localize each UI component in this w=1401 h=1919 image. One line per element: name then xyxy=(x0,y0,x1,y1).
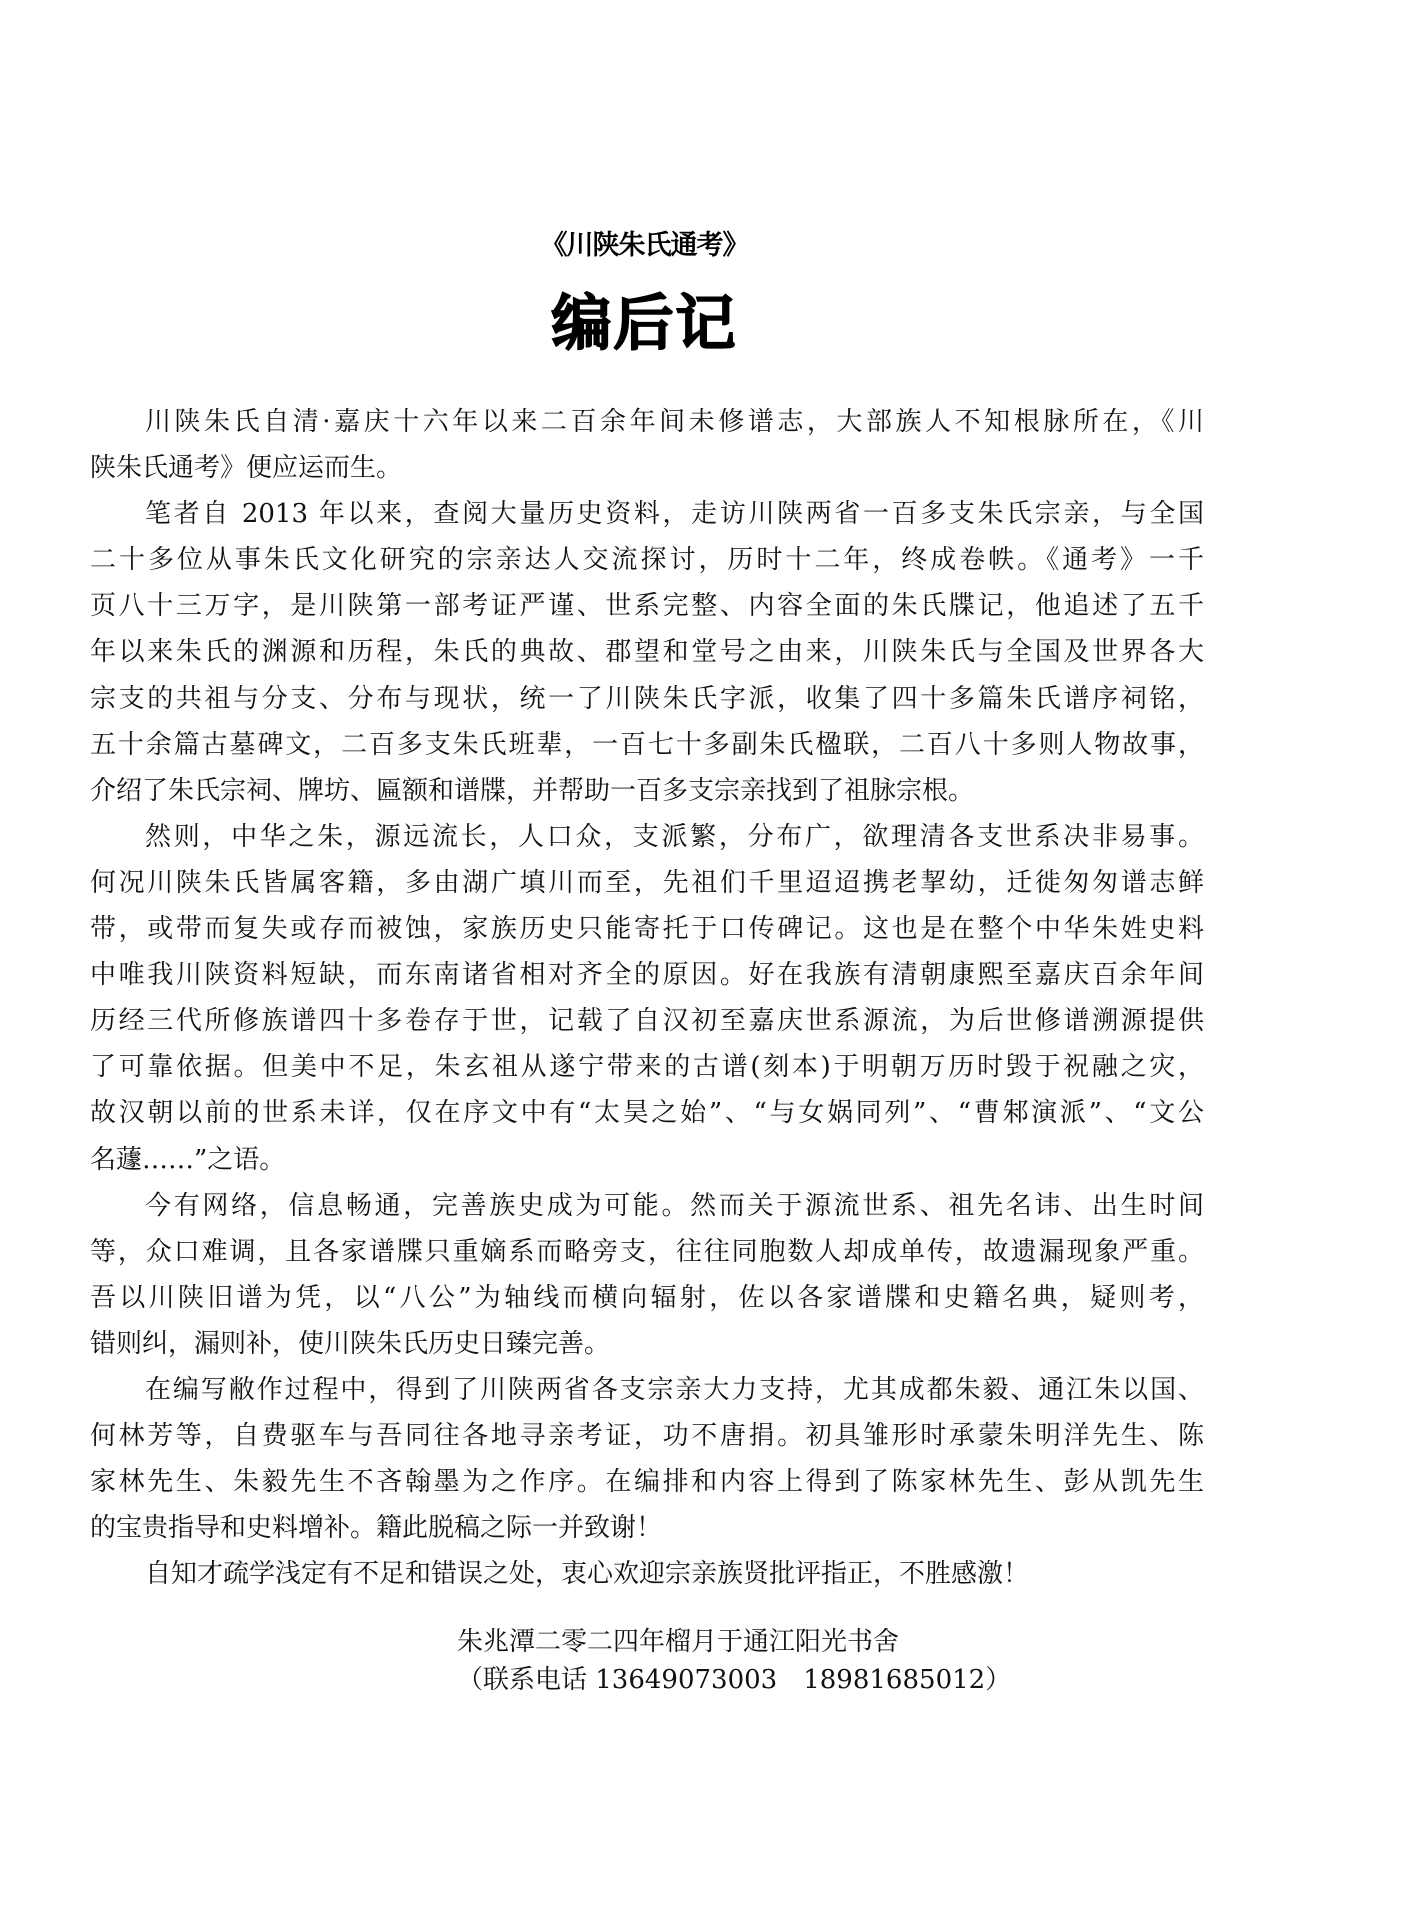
text-line: 介绍了朱氏宗祠、牌坊、匾额和谱牒，并帮助一百多支宗亲找到了祖脉宗根。 xyxy=(90,768,1204,814)
text-line: 在编写敝作过程中，得到了川陕两省各支宗亲大力支持，尤其成都朱毅、通江朱以国、 xyxy=(90,1367,1204,1413)
text-line: 今有网络，信息畅通，完善族史成为可能。然而关于源流世系、祖先名讳、出生时间 xyxy=(90,1183,1204,1229)
paragraph-4: 今有网络，信息畅通，完善族史成为可能。然而关于源流世系、祖先名讳、出生时间 等，… xyxy=(90,1183,1204,1367)
text-line: 带，或带而复失或存而被蚀，家族历史只能寄托于口传碑记。这也是在整个中华朱姓史料 xyxy=(90,906,1204,952)
text-line: 笔者自 2013 年以来，查阅大量历史资料，走访川陕两省一百多支朱氏宗亲，与全国 xyxy=(90,491,1204,537)
text-line: 川陕朱氏自清·嘉庆十六年以来二百余年间未修谱志，大部族人不知根脉所在，《川 xyxy=(90,399,1204,445)
text-line: 家林先生、朱毅先生不吝翰墨为之作序。在编排和内容上得到了陈家林先生、彭从凯先生 xyxy=(90,1459,1204,1505)
signature-author: 朱兆潭二零二四年榴月于通江阳光书舍 xyxy=(457,1622,957,1662)
text-line: 吾以川陕旧谱为凭，以“八公”为轴线而横向辐射，佐以各家谱牒和史籍名典，疑则考， xyxy=(90,1275,1204,1321)
text-line: 名蘧……”之语。 xyxy=(90,1137,1204,1183)
text-line: 的宝贵指导和史料增补。籍此脱稿之际一并致谢！ xyxy=(90,1505,1204,1551)
text-line: 错则纠，漏则补，使川陕朱氏历史日臻完善。 xyxy=(90,1321,1204,1367)
afterword-body: 川陕朱氏自清·嘉庆十六年以来二百余年间未修谱志，大部族人不知根脉所在，《川 陕朱… xyxy=(90,399,1204,1597)
document-page: 《川陕朱氏通考》 编后记 川陕朱氏自清·嘉庆十六年以来二百余年间未修谱志，大部族… xyxy=(0,0,1401,1919)
text-line: 等，众口难调，且各家谱牒只重嫡系而略旁支，往往同胞数人却成单传，故遗漏现象严重。 xyxy=(90,1229,1204,1275)
text-line: 宗支的共祖与分支、分布与现状，统一了川陕朱氏字派，收集了四十多篇朱氏谱序祠铭， xyxy=(90,676,1204,722)
text-line: 中唯我川陕资料短缺，而东南诸省相对齐全的原因。好在我族有清朝康熙至嘉庆百余年间 xyxy=(90,952,1204,998)
text-line: 自知才疏学浅定有不足和错误之处，衷心欢迎宗亲族贤批评指正，不胜感激！ xyxy=(90,1551,1204,1597)
text-line: 故汉朝以前的世系未详，仅在序文中有“太昊之始”、“与女娲同列”、“曹邾演派”、“… xyxy=(90,1090,1204,1136)
text-line: 陕朱氏通考》便应运而生。 xyxy=(90,445,1204,491)
text-line: 二十多位从事朱氏文化研究的宗亲达人交流探讨，历时十二年，终成卷帙。《通考》一千 xyxy=(90,537,1204,583)
text-line: 页八十三万字，是川陕第一部考证严谨、世系完整、内容全面的朱氏牒记，他追述了五千 xyxy=(90,583,1204,629)
text-line: 历经三代所修族谱四十多卷存于世，记载了自汉初至嘉庆世系源流，为后世修谱溯源提供 xyxy=(90,998,1204,1044)
page-heading: 编后记 xyxy=(0,288,1289,360)
text-line: 何林芳等，自费驱车与吾同往各地寻亲考证，功不唐捐。初具雏形时承蒙朱明洋先生、陈 xyxy=(90,1413,1204,1459)
text-line: 何况川陕朱氏皆属客籍，多由湖广填川而至，先祖们千里迢迢携老挈幼，迁徙匆匆谱志鲜 xyxy=(90,860,1204,906)
paragraph-2: 笔者自 2013 年以来，查阅大量历史资料，走访川陕两省一百多支朱氏宗亲，与全国… xyxy=(90,491,1204,814)
paragraph-3: 然则，中华之朱，源远流长，人口众，支派繁，分布广，欲理清各支世系决非易事。 何况… xyxy=(90,814,1204,1183)
book-title: 《川陕朱氏通考》 xyxy=(0,228,1289,264)
text-line: 然则，中华之朱，源远流长，人口众，支派繁，分布广，欲理清各支世系决非易事。 xyxy=(90,814,1204,860)
text-line: 年以来朱氏的渊源和历程，朱氏的典故、郡望和堂号之由来，川陕朱氏与全国及世界各大 xyxy=(90,629,1204,675)
paragraph-1: 川陕朱氏自清·嘉庆十六年以来二百余年间未修谱志，大部族人不知根脉所在，《川 陕朱… xyxy=(90,399,1204,491)
paragraph-5: 在编写敝作过程中，得到了川陕两省各支宗亲大力支持，尤其成都朱毅、通江朱以国、 何… xyxy=(90,1367,1204,1551)
signature-contact: （联系电话 13649073003 18981685012） xyxy=(457,1660,957,1700)
paragraph-6: 自知才疏学浅定有不足和错误之处，衷心欢迎宗亲族贤批评指正，不胜感激！ xyxy=(90,1551,1204,1597)
text-line: 了可靠依据。但美中不足，朱玄祖从遂宁带来的古谱(刻本)于明朝万历时毁于祝融之灾， xyxy=(90,1044,1204,1090)
text-line: 五十余篇古墓碑文，二百多支朱氏班辈，一百七十多副朱氏楹联，二百八十多则人物故事， xyxy=(90,722,1204,768)
